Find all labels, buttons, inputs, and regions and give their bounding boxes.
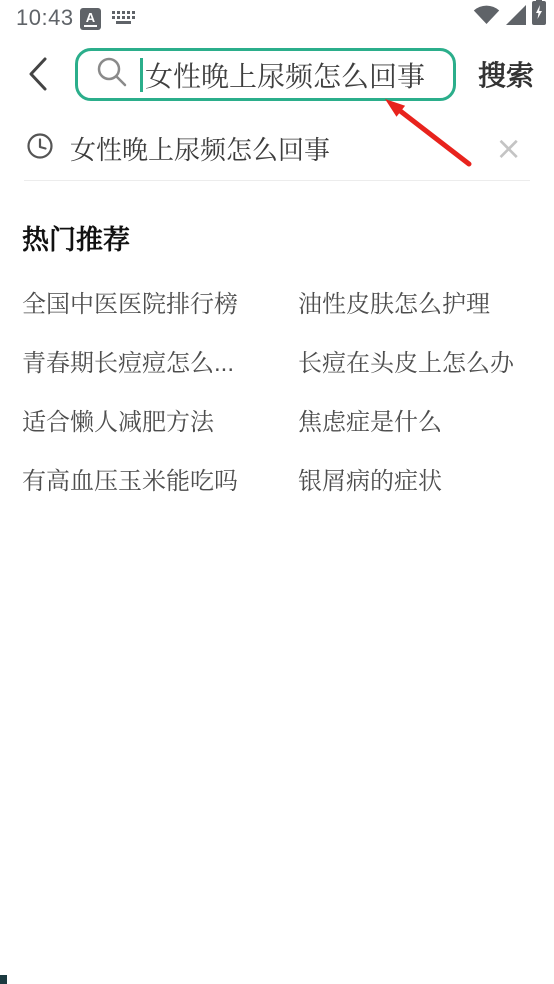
history-clock-icon (26, 132, 54, 165)
keyboard-icon (112, 11, 138, 31)
input-method-icon: A (80, 8, 101, 30)
search-icon (96, 56, 128, 93)
status-bar: 10:43 A (0, 0, 554, 36)
battery-charging-icon (532, 0, 546, 30)
search-header: 女性晚上尿频怎么回事 搜索 (0, 42, 554, 108)
hot-item[interactable]: 银屑病的症状 (298, 461, 538, 496)
hot-item[interactable]: 全国中医医院排行榜 (22, 284, 298, 319)
search-button[interactable]: 搜索 (478, 54, 534, 94)
hot-item[interactable]: 青春期长痘痘怎么... (22, 343, 298, 378)
history-item-text: 女性晚上尿频怎么回事 (70, 130, 495, 167)
back-button[interactable] (18, 52, 58, 96)
wifi-icon (473, 4, 500, 30)
search-history-item[interactable]: 女性晚上尿频怎么回事 × (0, 124, 554, 172)
hot-item[interactable]: 油性皮肤怎么护理 (298, 284, 538, 319)
hot-recommendation-grid: 全国中医医院排行榜 油性皮肤怎么护理 青春期长痘痘怎么... 长痘在头皮上怎么办… (22, 272, 538, 508)
screen-corner-artifact (0, 975, 7, 984)
text-cursor (140, 58, 143, 92)
hot-item[interactable]: 有高血压玉米能吃吗 (22, 461, 298, 496)
divider (24, 180, 530, 181)
search-input[interactable]: 女性晚上尿频怎么回事 (75, 48, 456, 101)
search-query-text: 女性晚上尿频怎么回事 (145, 55, 425, 95)
hot-item[interactable]: 长痘在头皮上怎么办 (298, 343, 538, 378)
hot-section-title: 热门推荐 (22, 218, 130, 257)
signal-icon (506, 5, 526, 30)
clock-time: 10:43 (16, 5, 74, 31)
hot-item[interactable]: 适合懒人减肥方法 (22, 402, 298, 437)
hot-item[interactable]: 焦虑症是什么 (298, 402, 538, 437)
close-icon[interactable]: × (495, 132, 522, 164)
